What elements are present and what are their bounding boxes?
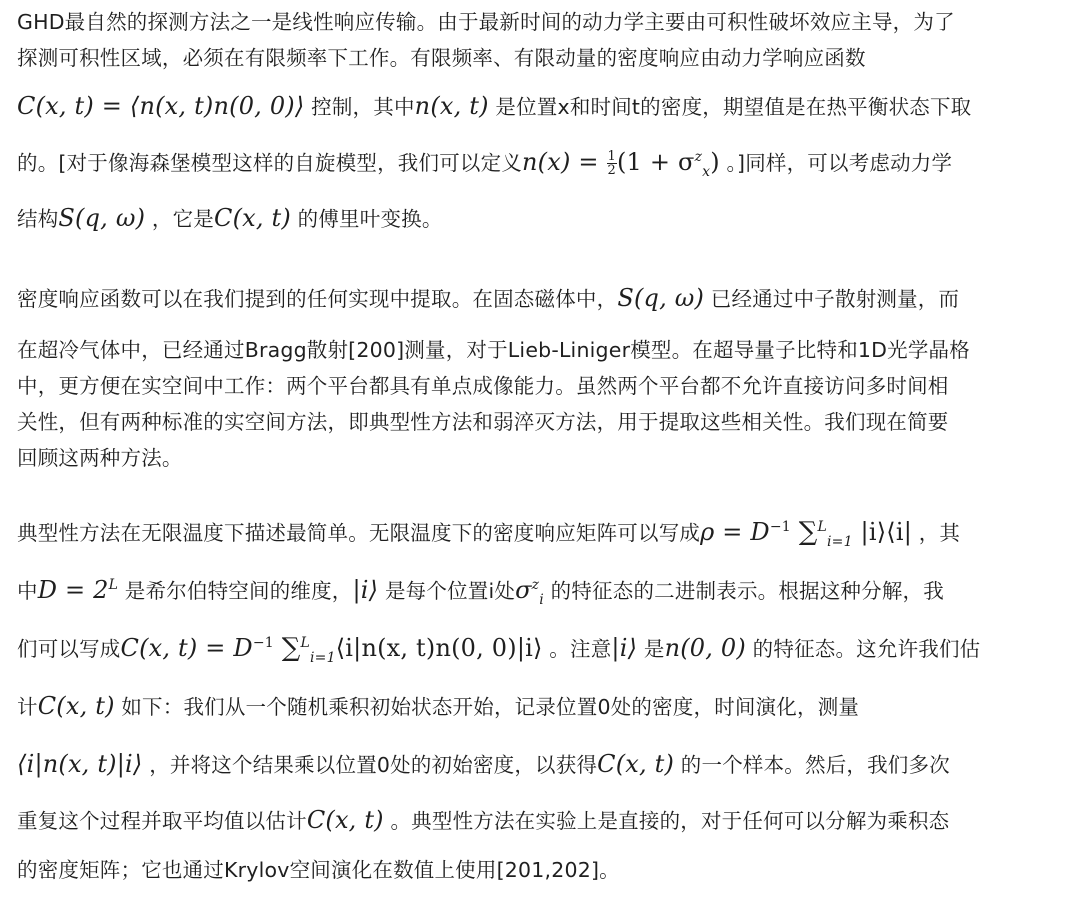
sum-symbol: ∑ bbox=[799, 517, 818, 547]
superscript: z bbox=[532, 577, 540, 593]
paragraph-3-line-7: 的密度矩阵；它也通过Krylov空间演化在数值上使用[201,202]。 bbox=[17, 856, 620, 884]
math-part: n(x) = bbox=[522, 148, 607, 176]
superscript: −1 bbox=[770, 519, 791, 535]
text: 典型性方法在无限温度下描述最简单。无限温度下的密度响应矩阵可以写成 bbox=[17, 521, 700, 545]
math-part: ρ = D bbox=[700, 518, 770, 546]
text: 的。[对于像海森堡模型这样的自旋模型，我们可以定义 bbox=[17, 151, 522, 175]
paragraph-2-line-4: 关性，但有两种标准的实空间方法，即典型性方法和弱淬灭方法，用于提取这些相关性。我… bbox=[17, 408, 949, 436]
text: 的傅里叶变换。 bbox=[291, 207, 443, 231]
paragraph-1-line-1: GHD最自然的探测方法之一是线性响应传输。由于最新时间的动力学主要由可积性破坏效… bbox=[17, 8, 955, 36]
text: 是位置x和时间t的密度，期望值是在热平衡状态下取 bbox=[489, 95, 972, 119]
math-ket: |i⟩ bbox=[353, 576, 379, 604]
superscript: L bbox=[301, 635, 311, 651]
subscript: i=1 bbox=[310, 650, 336, 666]
paragraph-2-line-3: 中，更方便在实空间中工作：两个平台都具有单点成像能力。虽然两个平台都不允许直接访… bbox=[17, 372, 949, 400]
text: GHD最自然的探测方法之一是线性响应传输。由于最新时间的动力学主要由可积性破坏效… bbox=[17, 10, 955, 34]
text: 的特征态的二进制表示。根据这种分解，我 bbox=[544, 579, 944, 603]
text: 结构 bbox=[17, 207, 58, 231]
math-density-spin: n(x) = 12(1 + σzx) bbox=[522, 148, 720, 176]
math-hilbert-dim: D = 2L bbox=[38, 576, 118, 604]
numerator: 1 bbox=[607, 150, 617, 164]
text: 中，更方便在实空间中工作：两个平台都具有单点成像能力。虽然两个平台都不允许直接访… bbox=[17, 374, 949, 398]
text: 关性，但有两种标准的实空间方法，即典型性方法和弱淬灭方法，用于提取这些相关性。我… bbox=[17, 410, 949, 434]
paragraph-3-line-4: 计C(x, t) 如下：我们从一个随机乘积初始状态开始，记录位置0处的密度，时间… bbox=[17, 692, 859, 721]
math-correlation: C(x, t) bbox=[38, 692, 115, 720]
math-density-origin: n(0, 0) bbox=[665, 634, 746, 662]
math-structure-factor: S(q, ω) bbox=[58, 204, 145, 232]
superscript: −1 bbox=[253, 635, 274, 651]
paragraph-3-line-1: 典型性方法在无限温度下描述最简单。无限温度下的密度响应矩阵可以写成ρ = D−1… bbox=[17, 518, 960, 547]
paragraph-3-line-2: 中D = 2L 是希尔伯特空间的维度，|i⟩ 是每个位置i处σzi 的特征态的二… bbox=[17, 576, 944, 605]
math-part: ⟨i|n(x, t)n(0, 0)|i⟩ bbox=[336, 634, 543, 662]
text: 的一个样本。然后，我们多次 bbox=[674, 753, 950, 777]
text: ，并将这个结果乘以位置0处的初始密度，以获得 bbox=[142, 753, 597, 777]
paragraph-1-line-5: 结构S(q, ω) ，它是C(x, t) 的傅里叶变换。 bbox=[17, 204, 443, 233]
math-correlation: C(x, t) bbox=[597, 750, 674, 778]
paragraph-1-line-4: 的。[对于像海森堡模型这样的自旋模型，我们可以定义n(x) = 12(1 + σ… bbox=[17, 148, 952, 177]
text: 控制，其中 bbox=[304, 95, 414, 119]
paragraph-2-line-2: 在超冷气体中，已经通过Bragg散射[200]测量，对于Lieb-Liniger… bbox=[17, 336, 970, 364]
text: 已经通过中子散射测量，而 bbox=[704, 287, 959, 311]
text: 的密度矩阵；它也通过Krylov空间演化在数值上使用[201,202]。 bbox=[17, 858, 620, 882]
math-density-matrix: ρ = D−1 ∑Li=1 |i⟩⟨i| bbox=[700, 518, 912, 546]
subscript: i=1 bbox=[827, 534, 853, 550]
paragraph-3-line-6: 重复这个过程并取平均值以估计C(x, t) 。典型性方法在实验上是直接的，对于任… bbox=[17, 806, 949, 835]
math-correlation: C(x, t) bbox=[214, 204, 291, 232]
math-correlation-sum: C(x, t) = D−1 ∑Li=1⟨i|n(x, t)n(0, 0)|i⟩ bbox=[121, 634, 543, 662]
text: 重复这个过程并取平均值以估计 bbox=[17, 809, 307, 833]
denominator: 2 bbox=[607, 164, 617, 177]
math-part: |i⟩⟨i| bbox=[861, 518, 912, 546]
superscript: L bbox=[109, 577, 119, 593]
math-sigma: σzi bbox=[515, 576, 544, 604]
math-ket: |i⟩ bbox=[611, 634, 637, 662]
paragraph-3-line-5: ⟨i|n(x, t)|i⟩ ，并将这个结果乘以位置0处的初始密度，以获得C(x,… bbox=[17, 750, 950, 779]
paragraph-2-line-1: 密度响应函数可以在我们提到的任何实现中提取。在固态磁体中，S(q, ω) 已经通… bbox=[17, 284, 959, 313]
paragraph-2-line-5: 回顾这两种方法。 bbox=[17, 444, 183, 472]
text: 回顾这两种方法。 bbox=[17, 446, 183, 470]
math-density: n(x, t) bbox=[415, 92, 489, 120]
text: 在超冷气体中，已经通过Bragg散射[200]测量，对于Lieb-Liniger… bbox=[17, 338, 970, 362]
text: 中 bbox=[17, 579, 38, 603]
sum-symbol: ∑ bbox=[282, 633, 301, 663]
document-body: GHD最自然的探测方法之一是线性响应传输。由于最新时间的动力学主要由可积性破坏效… bbox=[0, 0, 1080, 904]
text: 。典型性方法在实验上是直接的，对于任何可以分解为乘积态 bbox=[384, 809, 950, 833]
text: 的特征态。这允许我们估 bbox=[746, 637, 980, 661]
math-part: (1 + σ bbox=[617, 148, 695, 176]
paragraph-1-line-2: 探测可积性区域，必须在有限频率下工作。有限频率、有限动量的密度响应由动力学响应函… bbox=[17, 44, 866, 72]
math-part: ) bbox=[710, 148, 720, 176]
text: 密度响应函数可以在我们提到的任何实现中提取。在固态磁体中， bbox=[17, 287, 617, 311]
text: 。]同样，可以考虑动力学 bbox=[720, 151, 952, 175]
text: 探测可积性区域，必须在有限频率下工作。有限频率、有限动量的密度响应由动力学响应函… bbox=[17, 46, 866, 70]
superscript: L bbox=[817, 519, 827, 535]
text: 是希尔伯特空间的维度， bbox=[118, 579, 352, 603]
fraction-half: 12 bbox=[607, 150, 617, 177]
text: ，它是 bbox=[145, 207, 214, 231]
math-expectation: ⟨i|n(x, t)|i⟩ bbox=[17, 750, 142, 778]
text: 计 bbox=[17, 695, 38, 719]
text: 是 bbox=[637, 637, 664, 661]
text: 。注意 bbox=[543, 637, 612, 661]
math-part: D = 2 bbox=[38, 576, 109, 604]
superscript: z bbox=[695, 149, 703, 165]
math-part: C(x, t) = D bbox=[121, 634, 253, 662]
text: 们可以写成 bbox=[17, 637, 121, 661]
math-part: σ bbox=[515, 576, 532, 604]
paragraph-3-line-3: 们可以写成C(x, t) = D−1 ∑Li=1⟨i|n(x, t)n(0, 0… bbox=[17, 634, 980, 663]
math-correlation: C(x, t) bbox=[307, 806, 384, 834]
text: 是每个位置i处 bbox=[378, 579, 515, 603]
text: ，其 bbox=[912, 521, 960, 545]
math-correlation-definition: C(x, t) = ⟨n(x, t)n(0, 0)⟩ bbox=[17, 92, 304, 120]
paragraph-1-line-3: C(x, t) = ⟨n(x, t)n(0, 0)⟩ 控制，其中n(x, t) … bbox=[17, 92, 971, 121]
text: 如下：我们从一个随机乘积初始状态开始，记录位置0处的密度，时间演化，测量 bbox=[115, 695, 859, 719]
math-structure-factor: S(q, ω) bbox=[617, 284, 704, 312]
